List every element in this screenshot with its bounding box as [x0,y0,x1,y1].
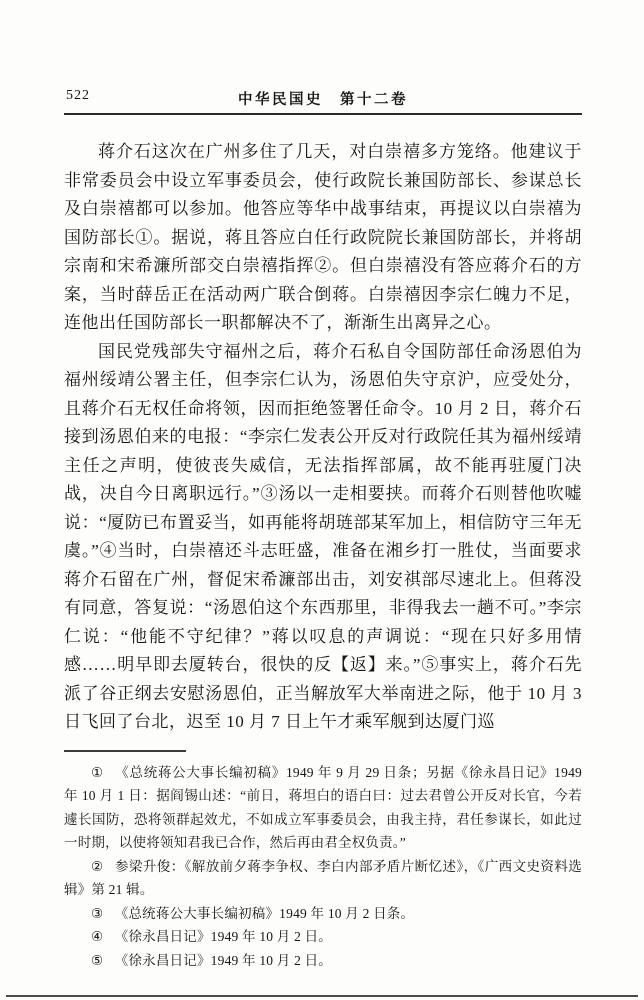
footnote-item: ①《总统蒋公大事长编初稿》1949 年 9 月 29 日条；另据《徐永昌日记》1… [64,761,582,855]
page-number: 522 [66,88,90,104]
header-rule [64,113,582,115]
footnote-text: 《总统蒋公大事长编初稿》1949 年 10 月 2 日条。 [115,906,414,921]
footnote-item: ③《总统蒋公大事长编初稿》1949 年 10 月 2 日条。 [64,902,582,926]
footnote-separator [64,750,186,752]
footnote-item: ②参梁升俊：《解放前夕蒋李争权、李白内部矛盾片断忆述》，《广西文史资料选辑》第 … [64,855,582,902]
footnote-text: 参梁升俊：《解放前夕蒋李争权、李白内部矛盾片断忆述》，《广西文史资料选辑》第 2… [64,859,582,898]
body-paragraph: 国民党残部失守福州之后，蒋介石私自令国防部任命汤恩伯为福州绥靖公署主任，但李宗仁… [64,338,582,737]
footnote-marker: ① [91,765,104,780]
book-page: 522 中华民国史 第十二卷 蒋介石这次在广州多住了几天，对白崇禧多方笼络。他建… [0,0,644,1000]
footnote-item: ⑤《徐永昌日记》1949 年 10 月 2 日。 [64,949,582,973]
footnote-text: 《总统蒋公大事长编初稿》1949 年 9 月 29 日条；另据《徐永昌日记》19… [64,765,582,851]
footnote-text: 《徐永昌日记》1949 年 10 月 2 日。 [115,929,332,944]
body-paragraph: 蒋介石这次在广州多住了几天，对白崇禧多方笼络。他建议于非常委员会中设立军事委员会… [64,138,582,338]
footnote-marker: ④ [91,929,103,944]
running-title: 中华民国史 第十二卷 [64,88,582,109]
footnote-marker: ⑤ [91,953,103,968]
footnote-marker: ② [91,859,104,874]
footnotes: ①《总统蒋公大事长编初稿》1949 年 9 月 29 日条；另据《徐永昌日记》1… [64,761,582,973]
footnote-marker: ③ [91,906,103,921]
footnote-item: ④《徐永昌日记》1949 年 10 月 2 日。 [64,925,582,949]
page-header: 522 中华民国史 第十二卷 [64,88,582,108]
scan-edge-line [6,995,638,997]
footnote-text: 《徐永昌日记》1949 年 10 月 2 日。 [115,953,332,968]
body-text: 蒋介石这次在广州多住了几天，对白崇禧多方笼络。他建议于非常委员会中设立军事委员会… [64,138,582,737]
